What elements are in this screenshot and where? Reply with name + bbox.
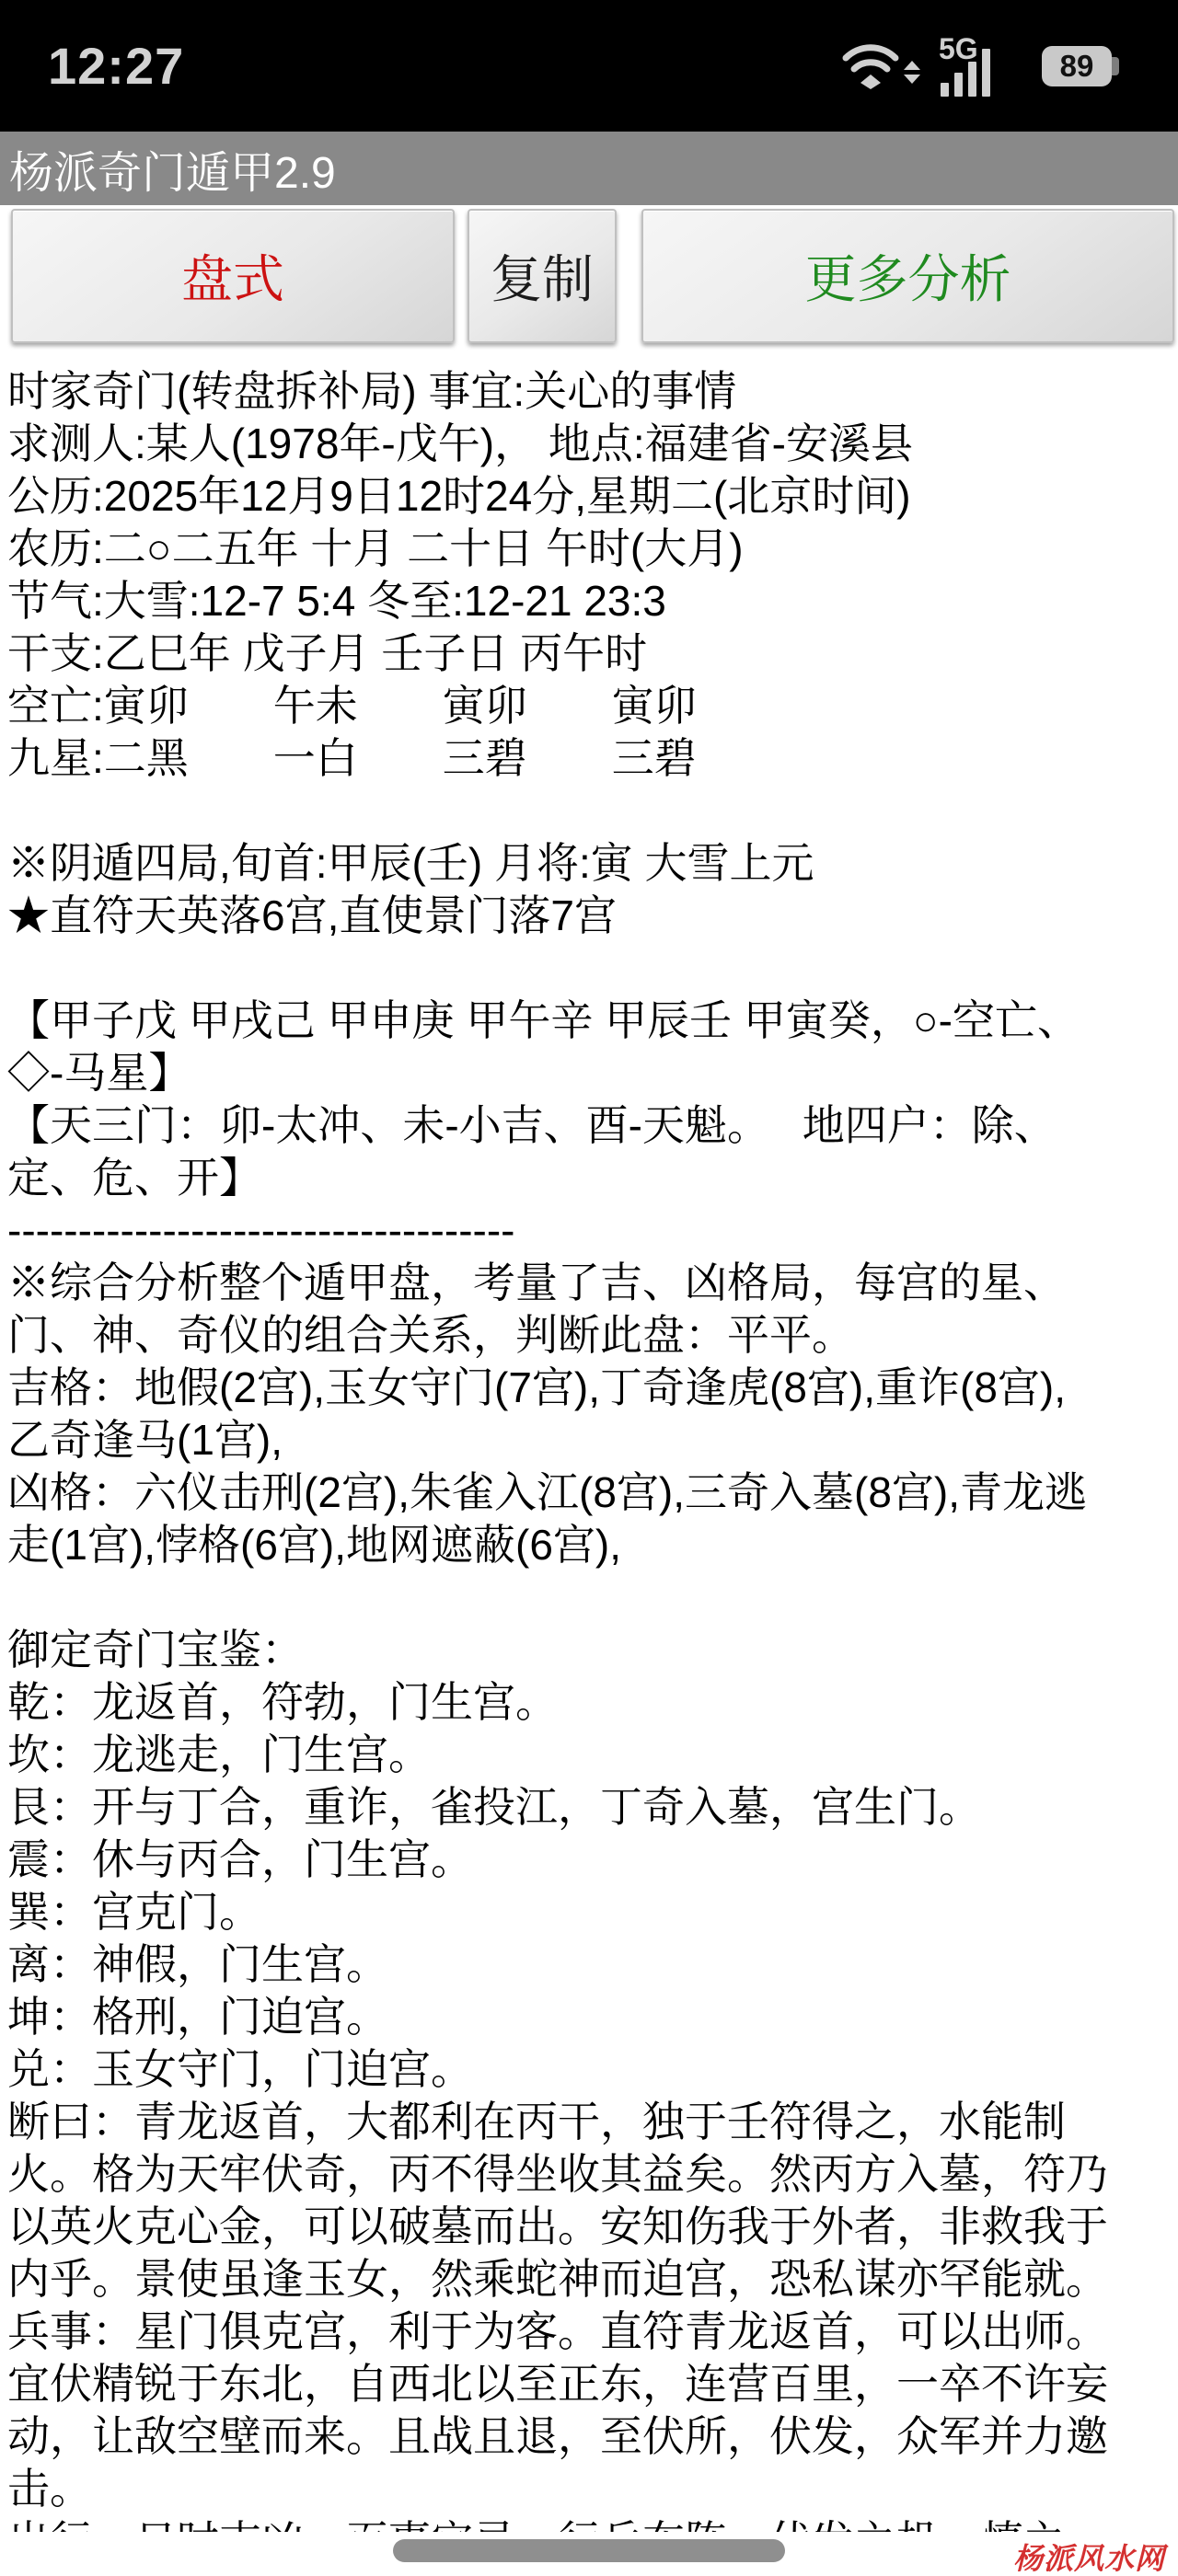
content-line: ------------------------------------ <box>7 1204 1174 1257</box>
content-line: ※综合分析整个遁甲盘，考量了吉、凶格局，每宫的星、 <box>7 1257 1174 1309</box>
content-line: 门、神、奇仪的组合关系，判断此盘：平平。 <box>7 1309 1174 1362</box>
copy-button[interactable]: 复制 <box>468 209 617 343</box>
content-line: 坎：龙逃走，门生宫。 <box>7 1729 1174 1781</box>
download-arrow-icon <box>904 75 920 84</box>
content-line: 艮：开与丁合，重诈，雀投江，丁奇入墓，宫生门。 <box>7 1781 1174 1834</box>
content-line: 九星:二黑 一白 三碧 三碧 <box>7 732 1174 785</box>
wifi-arcs-icon <box>842 43 899 89</box>
reading-text[interactable]: 时家奇门(转盘拆补局) 事宜:关心的事情求测人:某人(1978年-戊午)， 地点… <box>7 365 1174 2568</box>
signal-bar <box>941 83 949 97</box>
panshi-button[interactable]: 盘式 <box>11 209 455 343</box>
content-line: 动，让敌空壁而来。且战且退，至伏所，伏发，众军并力邀 <box>7 2410 1174 2463</box>
content-line: 乙奇逢马(1宫), <box>7 1414 1174 1466</box>
battery-nub <box>1112 57 1119 75</box>
content-line: 吉格：地假(2宫),玉女守门(7宫),丁奇逢虎(8宫),重诈(8宫), <box>7 1362 1174 1414</box>
content-line: 巽：宫克门。 <box>7 1886 1174 1938</box>
content-line: ★直符天英落6宫,直使景门落7宫 <box>7 890 1174 942</box>
content-line: 【甲子戊 甲戌己 甲申庚 甲午辛 甲辰壬 甲寅癸，○-空亡、 <box>7 995 1174 1047</box>
signal-bar <box>982 49 990 97</box>
content-line: ※阴遁四局,旬首:甲辰(壬) 月将:寅 大雪上元 <box>7 837 1174 890</box>
app-title: 杨派奇门遁甲2.9 <box>9 137 336 201</box>
content-line: 击。 <box>7 2463 1174 2515</box>
content-line: 乾：龙返首，符勃，门生宫。 <box>7 1676 1174 1729</box>
content-line: 震：休与丙合，门生宫。 <box>7 1834 1174 1886</box>
content-line: 以英火克心金，可以破墓而出。安知伤我于外者，非救我于 <box>7 2201 1174 2253</box>
content-line: 农历:二○二五年 十月 二十日 午时(大月) <box>7 523 1174 575</box>
content-line: 时家奇门(转盘拆补局) 事宜:关心的事情 <box>7 365 1174 418</box>
content-line: ◇-马星】 <box>7 1047 1174 1099</box>
home-indicator[interactable] <box>393 2539 785 2562</box>
status-clock: 12:27 <box>48 0 184 132</box>
title-bar: 杨派奇门遁甲2.9 <box>0 132 1178 205</box>
signal-icon: 5G <box>939 36 1023 97</box>
content-line: 内乎。景使虽逢玉女，然乘蛇神而迫宫，恐私谋亦罕能就。 <box>7 2253 1174 2306</box>
content-line: 离：神假，门生宫。 <box>7 1938 1174 1991</box>
status-icons: 5G 89 <box>842 0 1112 132</box>
content-line: 干支:乙巳年 戊子月 壬子日 丙午时 <box>7 627 1174 680</box>
content-line: 【天三门：卯-太冲、未-小吉、酉-天魁。 地四户：除、 <box>7 1099 1174 1152</box>
content-line: 空亡:寅卯 午未 寅卯 寅卯 <box>7 680 1174 732</box>
signal-bars-icon <box>939 49 1023 97</box>
content-line: 走(1宫),悖格(6宫),地网遮蔽(6宫), <box>7 1519 1174 1571</box>
battery-icon: 89 <box>1042 46 1112 86</box>
content-line: 断曰：青龙返首，大都利在丙干，独于壬符得之，水能制 <box>7 2096 1174 2148</box>
content-line: 御定奇门宝鉴： <box>7 1624 1174 1676</box>
content-line: 求测人:某人(1978年-戊午)， 地点:福建省-安溪县 <box>7 418 1174 470</box>
content-line: 火。格为天牢伏奇，丙不得坐收其益矣。然丙方入墓，符乃 <box>7 2148 1174 2201</box>
bottom-nav-area: 杨派风水网 <box>0 2532 1178 2576</box>
more-analysis-button[interactable]: 更多分析 <box>641 209 1174 343</box>
status-bar: 12:27 5G <box>0 0 1178 132</box>
content-line: 坤：格刑，门迫宫。 <box>7 1991 1174 2043</box>
content-line: 公历:2025年12月9日12时24分,星期二(北京时间) <box>7 470 1174 523</box>
content-line: 兵事：星门俱克宫，利于为客。直符青龙返首，可以出师。 <box>7 2306 1174 2358</box>
content-line <box>7 942 1174 995</box>
signal-bar <box>954 73 963 97</box>
content-line: 兑：玉女守门，门迫宫。 <box>7 2043 1174 2096</box>
upload-arrow-icon <box>904 61 920 70</box>
content-line: 节气:大雪:12-7 5:4 冬至:12-21 23:3 <box>7 575 1174 627</box>
wifi-icon <box>842 43 920 89</box>
content-line: 宜伏精锐于东北，自西北以至正东，连营百里，一卒不许妄 <box>7 2358 1174 2410</box>
wifi-activity-arrows-icon <box>904 61 920 84</box>
content-line: 凶格：六仪击刑(2宫),朱雀入江(8宫),三奇入墓(8宫),青龙逃 <box>7 1466 1174 1519</box>
watermark: 杨派风水网 <box>1013 2536 1165 2576</box>
battery-percent: 89 <box>1060 49 1094 84</box>
app-screen: 12:27 5G <box>0 0 1178 2576</box>
content-line <box>7 785 1174 837</box>
content-line <box>7 1571 1174 1624</box>
signal-bar <box>968 62 976 97</box>
content-line: 定、危、开】 <box>7 1152 1174 1204</box>
